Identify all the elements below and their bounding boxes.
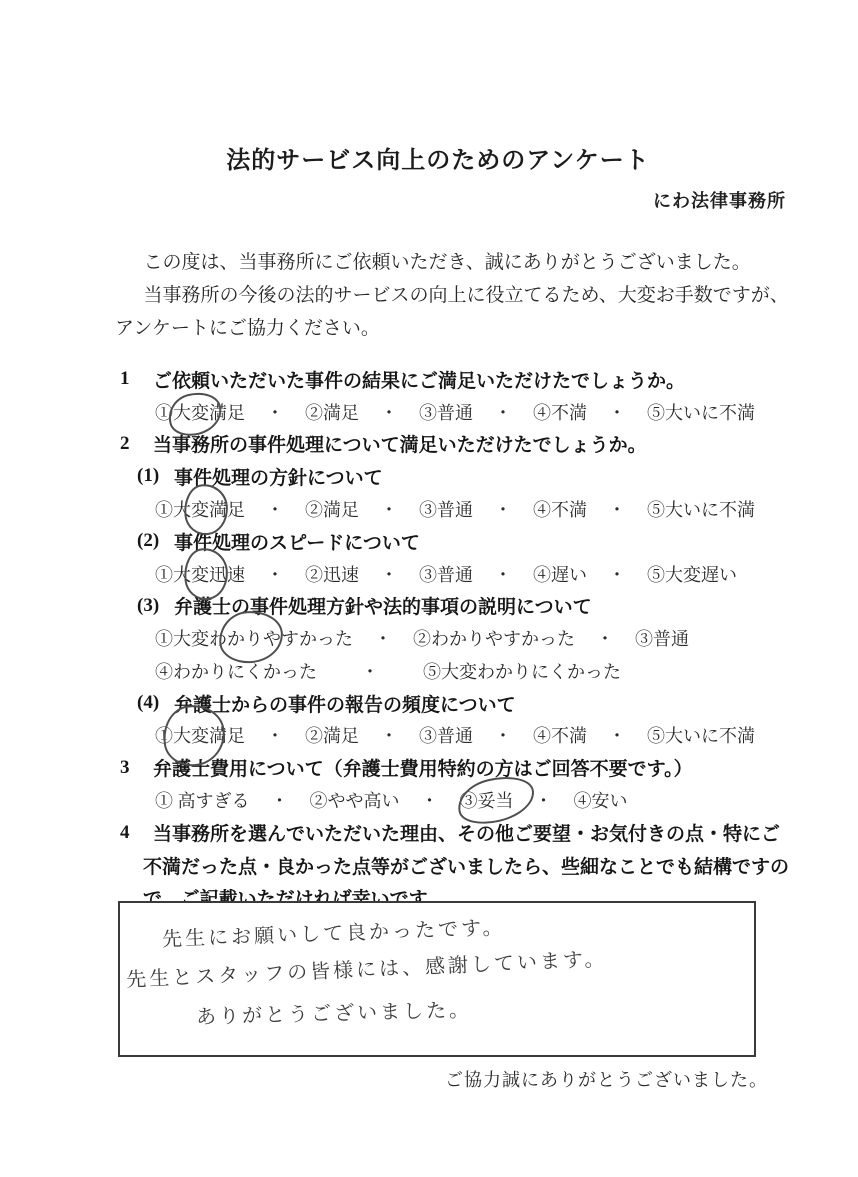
option: ⑤大いに不満 <box>647 496 755 522</box>
option-separator: ・ <box>266 399 284 425</box>
option: ②わかりやすかった <box>413 625 575 651</box>
option-circled: ①大変満足 <box>155 399 245 425</box>
question-3-heading: 3 弁護士費用について（弁護士費用特約の方はご回答不要です。） <box>115 752 805 784</box>
option: ① 高すぎる <box>155 787 250 813</box>
question-4-number: 4 <box>115 822 153 844</box>
option: ②満足 <box>305 722 359 748</box>
question-2-number: 2 <box>115 433 153 455</box>
question-2-1-number: (1) <box>137 465 174 487</box>
question-3-options: ① 高すぎる ・ ②やや高い ・ ③妥当 ・ ④安い <box>155 784 805 816</box>
option-circled: ①大変満足 <box>155 496 245 522</box>
option-separator: ・ <box>361 658 379 684</box>
question-2-3-options-row2: ④わかりにくかった ・ ⑤大変わかりにくかった <box>155 655 805 687</box>
question-2-heading: 2 当事務所の事件処理について満足いただけたでしょうか。 <box>115 428 805 460</box>
scanned-survey-page: 法的サービス向上のためのアンケート にわ法律事務所 この度は、当事務所にご依頼い… <box>0 0 858 1177</box>
option-separator: ・ <box>494 496 512 522</box>
option-separator: ・ <box>596 625 614 651</box>
question-3-number: 3 <box>115 757 153 779</box>
option-circled: ①大変わかりやすかった <box>155 625 353 651</box>
option-separator: ・ <box>374 625 392 651</box>
option-separator: ・ <box>535 787 553 813</box>
handwritten-comment-line1: 先生にお願いして良かったです。 <box>162 911 506 952</box>
option: ④不満 <box>533 722 587 748</box>
option: ③普通 <box>419 399 473 425</box>
option-separator: ・ <box>266 496 284 522</box>
question-2-text: 当事務所の事件処理について満足いただけたでしょうか。 <box>153 430 647 457</box>
option: ④遅い <box>533 561 587 587</box>
option-separator: ・ <box>494 561 512 587</box>
question-2-3-text: 弁護士の事件処理方針や法的事項の説明について <box>174 592 592 619</box>
question-2-3-heading: (3) 弁護士の事件処理方針や法的事項の説明について <box>115 590 805 622</box>
option-separator: ・ <box>494 722 512 748</box>
option-separator: ・ <box>266 561 284 587</box>
option-separator: ・ <box>380 561 398 587</box>
option: ②やや高い <box>310 787 400 813</box>
free-comment-box: 先生にお願いして良かったです。 先生とスタッフの皆様には、感謝しています。 あり… <box>118 901 756 1057</box>
intro-line-2: 当事務所の今後の法的サービスの向上に役立てるため、大変お手数ですが、アンケートに… <box>115 279 797 345</box>
option-separator: ・ <box>266 722 284 748</box>
question-2-2-text: 事件処理のスピードについて <box>174 528 420 555</box>
question-2-1-options: ①大変満足 ・ ②満足 ・ ③普通 ・ ④不満 ・ ⑤大いに不満 <box>155 493 805 525</box>
option: ⑤大変わかりにくかった <box>423 658 621 684</box>
question-2-2-number: (2) <box>137 530 174 552</box>
option: ④わかりにくかった <box>155 658 317 684</box>
option: ④不満 <box>533 496 587 522</box>
question-2-2-heading: (2) 事件処理のスピードについて <box>115 525 805 557</box>
question-2-4-number: (4) <box>137 692 174 714</box>
option-circled: ①大変迅速 <box>155 561 245 587</box>
question-4-text-line1: 当事務所を選んでいただいた理由、その他ご要望・お気付きの点・特にご <box>153 819 780 846</box>
question-4-heading-line1: 4 当事務所を選んでいただいた理由、その他ご要望・お気付きの点・特にご <box>115 816 805 848</box>
option-separator: ・ <box>271 787 289 813</box>
option: ③普通 <box>419 496 473 522</box>
option: ④安い <box>574 787 628 813</box>
question-2-1-text: 事件処理の方針について <box>174 463 383 490</box>
option: ④不満 <box>533 399 587 425</box>
option: ⑤大いに不満 <box>647 399 755 425</box>
intro-line-1: この度は、当事務所にご依頼いただき、誠にありがとうございました。 <box>115 246 797 279</box>
option-separator: ・ <box>608 722 626 748</box>
option-separator: ・ <box>608 496 626 522</box>
intro-paragraphs: この度は、当事務所にご依頼いただき、誠にありがとうございました。 当事務所の今後… <box>115 246 797 345</box>
closing-thanks: ご協力誠にありがとうございました。 <box>445 1066 768 1092</box>
question-1-text: ご依頼いただいた事件の結果にご満足いただけたでしょうか。 <box>153 366 685 393</box>
option: ②迅速 <box>305 561 359 587</box>
question-4-heading-line2: 不満だった点・良かった点等がございましたら、些細なことでも結構ですの <box>115 849 805 881</box>
question-2-4-heading: (4) 弁護士からの事件の報告の頻度について <box>115 687 805 719</box>
question-2-4-options: ①大変満足 ・ ②満足 ・ ③普通 ・ ④不満 ・ ⑤大いに不満 <box>155 719 805 751</box>
option: ⑤大変遅い <box>647 561 737 587</box>
question-2-3-options-row1: ①大変わかりやすかった ・ ②わかりやすかった ・ ③普通 <box>155 622 805 654</box>
question-1-heading: 1 ご依頼いただいた事件の結果にご満足いただけたでしょうか。 <box>115 363 805 395</box>
question-1-options: ①大変満足 ・ ②満足 ・ ③普通 ・ ④不満 ・ ⑤大いに不満 <box>155 395 805 427</box>
handwritten-comment-line3: ありがとうございました。 <box>196 993 473 1029</box>
option-circled: ③妥当 <box>460 787 514 813</box>
question-3-text: 弁護士費用について（弁護士費用特約の方はご回答不要です。） <box>153 754 693 781</box>
option-separator: ・ <box>494 399 512 425</box>
option: ③普通 <box>419 722 473 748</box>
option-separator: ・ <box>380 496 398 522</box>
option: ②満足 <box>305 496 359 522</box>
option: ③普通 <box>635 625 689 651</box>
option-separator: ・ <box>608 399 626 425</box>
question-2-4-text: 弁護士からの事件の報告の頻度について <box>174 690 516 717</box>
questionnaire-body: 1 ご依頼いただいた事件の結果にご満足いただけたでしょうか。 ①大変満足 ・ ②… <box>115 363 805 914</box>
option-circled: ①大変満足 <box>155 722 245 748</box>
option-separator: ・ <box>380 722 398 748</box>
option-separator: ・ <box>421 787 439 813</box>
question-4-text-line2: 不満だった点・良かった点等がございましたら、些細なことでも結構ですの <box>143 852 789 879</box>
question-2-2-options: ①大変迅速 ・ ②迅速 ・ ③普通 ・ ④遅い ・ ⑤大変遅い <box>155 557 805 589</box>
office-name: にわ法律事務所 <box>653 187 786 213</box>
option: ⑤大いに不満 <box>647 722 755 748</box>
page-title: 法的サービス向上のためのアンケート <box>0 140 858 175</box>
option-separator: ・ <box>380 399 398 425</box>
question-1-number: 1 <box>115 368 153 390</box>
question-2-3-number: (3) <box>137 595 174 617</box>
option: ③普通 <box>419 561 473 587</box>
question-2-1-heading: (1) 事件処理の方針について <box>115 460 805 492</box>
option-separator: ・ <box>608 561 626 587</box>
option: ②満足 <box>305 399 359 425</box>
